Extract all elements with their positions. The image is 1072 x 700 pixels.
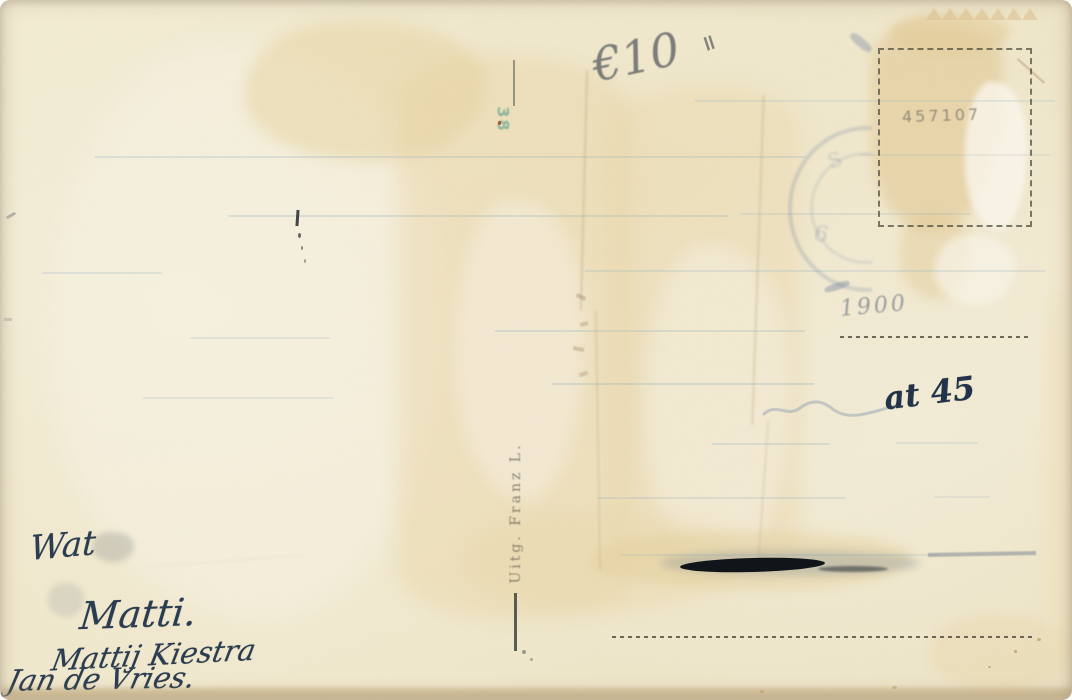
crease-light-bottom-left bbox=[145, 554, 305, 567]
message-line-2: Matti. bbox=[78, 590, 199, 638]
gray-speck bbox=[522, 650, 526, 654]
ruled-line bbox=[934, 496, 990, 498]
smudge-after-wat bbox=[92, 532, 134, 562]
ink-blot-tail bbox=[818, 566, 888, 572]
plate-number: 38 bbox=[494, 106, 513, 132]
stain-right-edge bbox=[1042, 290, 1072, 680]
edge-mark-left bbox=[6, 212, 16, 220]
paper-speck bbox=[1014, 650, 1017, 653]
bleedthrough-dash bbox=[576, 293, 587, 301]
annotation-right: at 45 bbox=[882, 369, 977, 418]
paper-speck bbox=[1037, 638, 1041, 641]
ruled-line bbox=[896, 442, 978, 444]
gray-line-right-of-blot bbox=[928, 551, 1036, 557]
stamp-perforation-remnant bbox=[926, 6, 1038, 22]
postmark: 6 S bbox=[788, 126, 872, 296]
gray-speck bbox=[530, 658, 533, 661]
ruled-line bbox=[552, 383, 814, 385]
price-suffix: = bbox=[694, 30, 724, 56]
ruled-line bbox=[95, 156, 805, 158]
smudge-left-of-matti bbox=[48, 583, 84, 617]
dotted-address-line bbox=[840, 336, 1032, 338]
ink-dot bbox=[304, 259, 306, 263]
ruled-line bbox=[495, 330, 805, 332]
ruled-line bbox=[598, 497, 846, 499]
bleedthrough-dash bbox=[573, 346, 585, 352]
ink-dot bbox=[298, 233, 301, 238]
ruled-line bbox=[228, 215, 728, 217]
divider-segment-top bbox=[513, 60, 515, 106]
ink-tick-mark bbox=[295, 210, 299, 226]
stain-right-center bbox=[610, 85, 800, 575]
crease-line bbox=[580, 70, 588, 310]
ruled-line bbox=[42, 272, 162, 274]
crease-line bbox=[751, 95, 765, 425]
white-patch-below-box bbox=[935, 235, 1015, 305]
paper-speck bbox=[892, 686, 897, 689]
crease-line bbox=[757, 420, 769, 570]
bleedthrough-dash bbox=[579, 371, 589, 378]
stamp-box bbox=[878, 48, 1032, 227]
year-note: 1900 bbox=[839, 291, 909, 322]
publisher-imprint: Uitg. Franz L. bbox=[508, 413, 524, 613]
paper-speck bbox=[988, 666, 991, 668]
ruled-line bbox=[190, 337, 330, 339]
bleedthrough-dash bbox=[580, 321, 589, 327]
faded-pencil-scribble bbox=[762, 392, 897, 422]
paper-speck bbox=[760, 690, 764, 693]
message-line-1: Wat bbox=[29, 523, 97, 569]
ruled-line bbox=[143, 397, 333, 399]
ruled-line bbox=[712, 443, 830, 445]
stain-bottom-right bbox=[930, 615, 1070, 690]
postcard-back: 38 Uitg. Franz L. 457107 6 S €10 = 1900 … bbox=[0, 0, 1072, 700]
edge-mark-left bbox=[4, 318, 12, 321]
blue-smudge bbox=[848, 31, 874, 55]
price-note: €10 bbox=[587, 21, 684, 92]
ink-dot bbox=[301, 246, 303, 250]
glue-patch-left bbox=[50, 45, 445, 620]
message-line-4: Jan de Vries. bbox=[4, 660, 199, 697]
crease-line bbox=[595, 310, 602, 570]
stamp-box-control-number: 457107 bbox=[902, 105, 982, 127]
stain-top-left bbox=[245, 22, 485, 162]
dotted-address-line bbox=[612, 636, 1035, 638]
